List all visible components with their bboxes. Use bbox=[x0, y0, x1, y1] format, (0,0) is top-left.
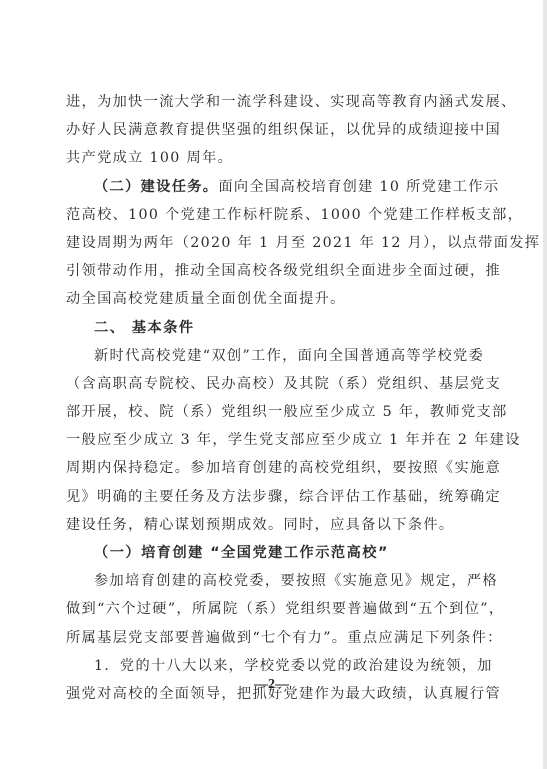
document-page: 进，为加快一流大学和一流学科建设、实现高等教育内涵式发展、 办好人民满意教育提供… bbox=[66, 88, 466, 708]
paragraph-construction-tasks: （二）建设任务。面向全国高校培育创建 10 所党建工作示 bbox=[66, 173, 466, 201]
text-line: 周期内保持稳定。参加培育创建的高校党组织，要按照《实施意 bbox=[66, 454, 466, 482]
text-line: 引领带动作用，推动全国高校各级党组织全面进步全面过硬，推 bbox=[66, 257, 466, 285]
text-line: 建设任务，精心谋划预期成效。同时，应具备以下条件。 bbox=[66, 511, 466, 539]
text-line: 动全国高校党建质量全面创优全面提升。 bbox=[66, 285, 466, 313]
section-heading-basic-conditions: 二、 基本条件 bbox=[66, 314, 466, 342]
text-line: 做到“六个过硬”，所属院（系）党组织要普遍做到“五个到位”， bbox=[66, 595, 466, 623]
text-line: 建设周期为两年（2020 年 1 月至 2021 年 12 月），以点带面发挥 bbox=[66, 229, 466, 257]
text-line: 新时代高校党建“双创”工作，面向全国普通高等学校党委 bbox=[66, 342, 466, 370]
text-line: 一般应至少成立 3 年，学生党支部应至少成立 1 年并在 2 年建设 bbox=[66, 426, 466, 454]
text-line: 部开展，校、院（系）党组织一般应至少成立 5 年，教师党支部 bbox=[66, 398, 466, 426]
section-label-construction-tasks: （二）建设任务。 bbox=[94, 179, 218, 195]
text-line: 共产党成立 100 周年。 bbox=[66, 144, 466, 172]
vertical-scrollbar[interactable] bbox=[543, 0, 547, 769]
subsection-heading-model-university: （一）培育创建 “全国党建工作示范高校” bbox=[66, 539, 466, 567]
text-line: 进，为加快一流大学和一流学科建设、实现高等教育内涵式发展、 bbox=[66, 88, 466, 116]
text-line: 见》明确的主要任务及方法步骤，综合评估工作基础，统筹确定 bbox=[66, 483, 466, 511]
text-line: 1．党的十八大以来，学校党委以党的政治建设为统领，加 bbox=[66, 652, 466, 680]
text-line: 范高校、100 个党建工作标杆院系、1000 个党建工作样板支部， bbox=[66, 201, 466, 229]
text-line: 办好人民满意教育提供坚强的组织保证，以优异的成绩迎接中国 bbox=[66, 116, 466, 144]
text-line: 所属基层党支部要普遍做到“七个有力”。重点应满足下列条件： bbox=[66, 624, 466, 652]
text-line: （含高职高专院校、民办高校）及其院（系）党组织、基层党支 bbox=[66, 370, 466, 398]
text-line: 参加培育创建的高校党委，要按照《实施意见》规定，严格 bbox=[66, 567, 466, 595]
text-span: 面向全国高校培育创建 10 所党建工作示 bbox=[218, 179, 499, 195]
page-number: —2— bbox=[0, 677, 543, 693]
